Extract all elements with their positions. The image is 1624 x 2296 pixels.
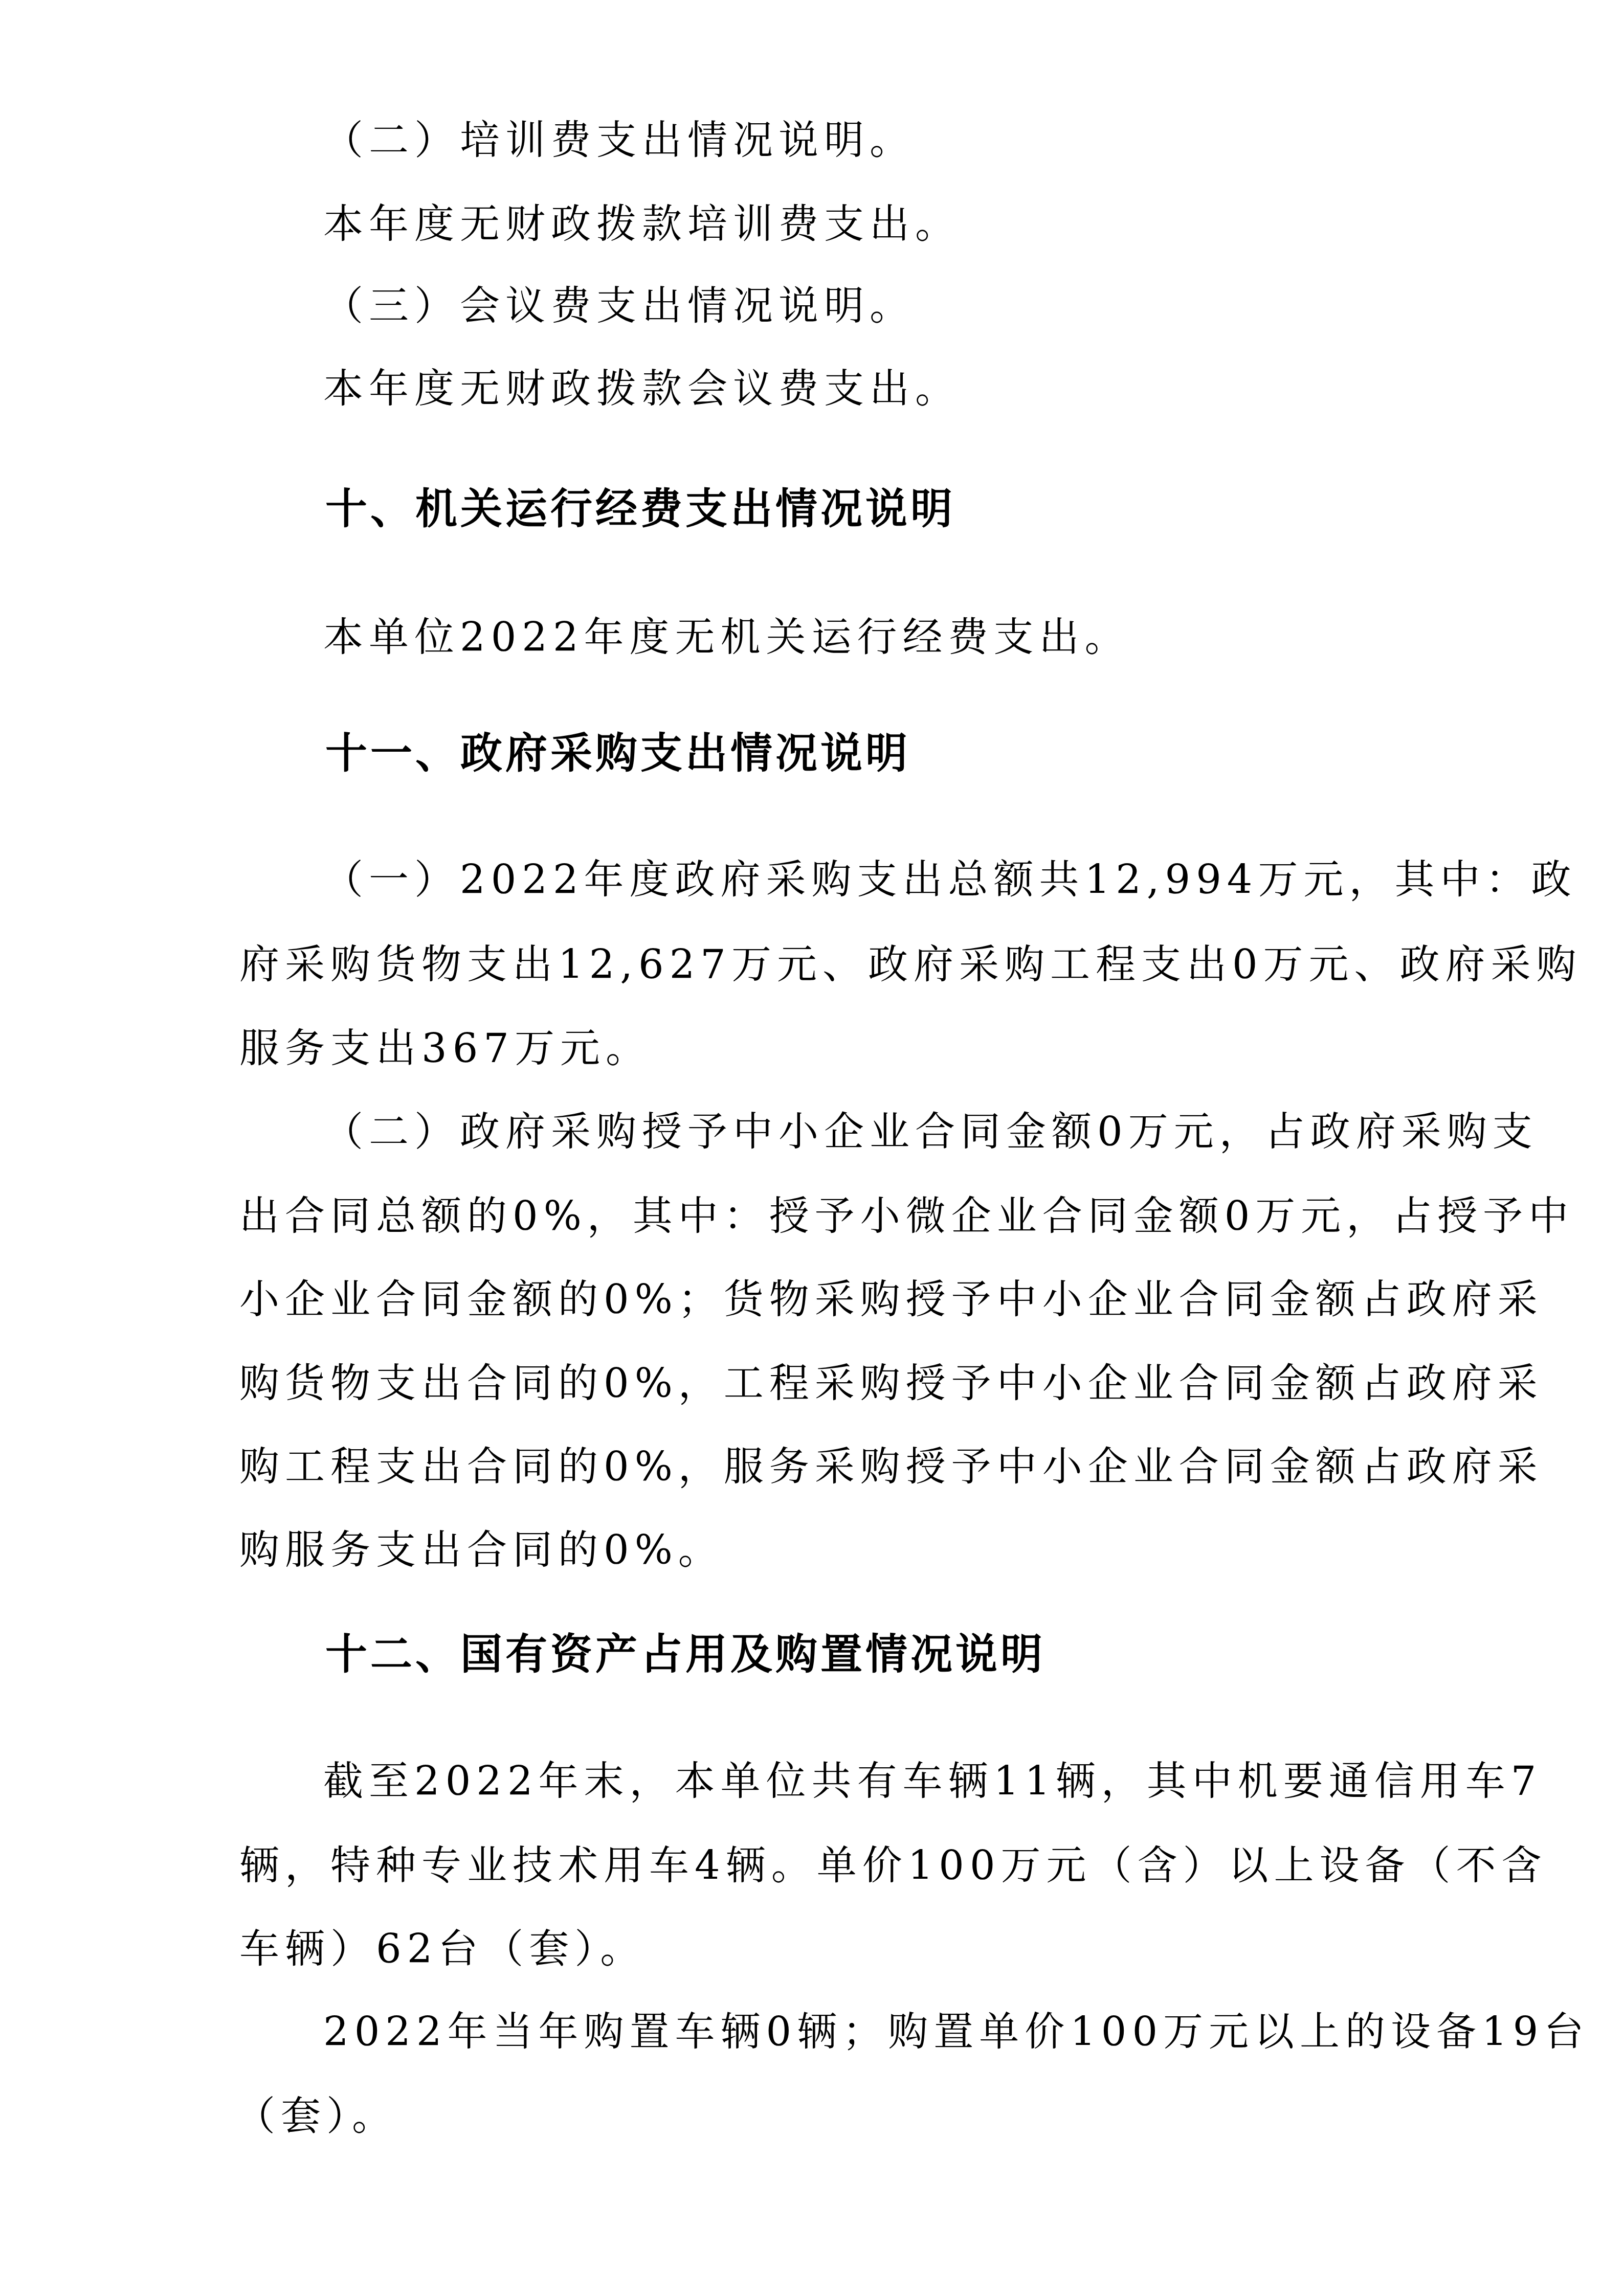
section-heading-11: 十一、政府采购支出情况说明 xyxy=(325,733,910,775)
paragraph-assets-line1: 截至2022年末，本单位共有车辆11辆，其中机要通信用车7 xyxy=(323,1762,1405,1802)
paragraph-purchases-line2: （套）。 xyxy=(235,2097,397,2136)
paragraph-sme-line3: 小企业合同金额的0%；货物采购授予中小企业合同金额占政府采 xyxy=(239,1280,1406,1320)
paragraph-assets-line3: 车辆）62台（套）。 xyxy=(239,1929,646,1969)
section-heading-12: 十二、国有资产占用及购置情况说明 xyxy=(325,1634,1045,1676)
paragraph-procurement-total-line3: 服务支出367万元。 xyxy=(239,1029,651,1069)
paragraph-purchases-line1: 2022年当年购置车辆0辆；购置单价100万元以上的设备19台 xyxy=(323,2012,1405,2052)
subheading-training-fee: （二）培训费支出情况说明。 xyxy=(323,121,915,161)
subheading-meeting-fee: （三）会议费支出情况说明。 xyxy=(323,286,915,326)
paragraph-training-fee: 本年度无财政拨款培训费支出。 xyxy=(323,205,961,244)
paragraph-procurement-total-line2: 府采购货物支出12,627万元、政府采购工程支出0万元、政府采购 xyxy=(239,945,1406,985)
paragraph-operating-expenses: 本单位2022年度无机关运行经费支出。 xyxy=(323,618,1130,658)
paragraph-sme-line6: 购服务支出合同的0%。 xyxy=(239,1530,724,1570)
paragraph-sme-line5: 购工程支出合同的0%，服务采购授予中小企业合同金额占政府采 xyxy=(239,1447,1406,1487)
paragraph-sme-line2: 出合同总额的0%，其中：授予小微企业合同金额0万元，占授予中 xyxy=(239,1197,1406,1236)
paragraph-sme-line1: （二）政府采购授予中小企业合同金额0万元，占政府采购支 xyxy=(323,1112,1405,1152)
paragraph-sme-line4: 购货物支出合同的0%，工程采购授予中小企业合同金额占政府采 xyxy=(239,1364,1406,1404)
paragraph-meeting-fee: 本年度无财政拨款会议费支出。 xyxy=(323,369,961,409)
paragraph-procurement-total-line1: （一）2022年度政府采购支出总额共12,994万元，其中：政 xyxy=(323,860,1405,900)
section-heading-10: 十、机关运行经费支出情况说明 xyxy=(325,488,955,530)
paragraph-assets-line2: 辆，特种专业技术用车4辆。单价100万元（含）以上设备（不含 xyxy=(239,1846,1406,1886)
